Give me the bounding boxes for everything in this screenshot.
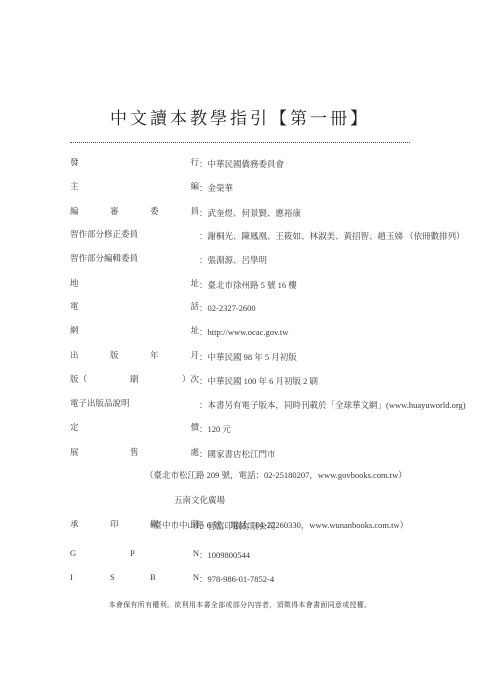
- colophon-row: 編審委員：武奎煜、何景賢、應裕康: [70, 206, 301, 218]
- label-char: 處: [190, 447, 199, 457]
- label-char: 址: [190, 278, 199, 288]
- colophon-row: GPN：1009800544: [70, 548, 250, 560]
- separator: ：: [199, 183, 208, 193]
- row-label: GPN: [70, 548, 199, 558]
- separator: ：: [199, 303, 208, 313]
- label-char: 印: [110, 519, 119, 529]
- row-value: 張淵源、呂學明: [208, 255, 268, 265]
- separator: ：: [199, 208, 208, 218]
- row-label: 主編: [70, 181, 199, 191]
- label-char: 出: [70, 350, 79, 360]
- row-value: 1009800544: [208, 550, 251, 560]
- label-char: 年: [150, 350, 159, 360]
- row-value: 02-2327-2600: [208, 303, 256, 313]
- row-value: 978-986-01-7852-4: [208, 574, 275, 584]
- label-char: S: [110, 572, 115, 582]
- separator: ：: [199, 449, 208, 459]
- colophon-row: 習作部分編輯委員：張淵源、呂學明: [70, 253, 267, 265]
- label-char: I: [70, 572, 73, 582]
- separator: ：: [199, 255, 208, 265]
- sales-detail-1: （臺北市松江路 209 號，電話：02-25180207，www.govbook…: [145, 470, 407, 480]
- label-char: 月: [190, 350, 199, 360]
- label-char: 展: [70, 447, 79, 457]
- row-value: 臺北市徐州路 5 號 16 樓: [208, 280, 297, 290]
- row-value: 中華民國 100 年 6 月初版 2 刷: [208, 376, 319, 386]
- colophon-row: 定價：120 元: [70, 422, 231, 434]
- separator: ：: [199, 550, 208, 560]
- dotted-divider: [70, 142, 410, 143]
- label-char: 定: [70, 422, 79, 432]
- sales-detail-2: 五南文化廣場: [174, 495, 225, 505]
- separator: ：: [199, 159, 208, 169]
- colophon-row: 地址：臺北市徐州路 5 號 16 樓: [70, 278, 297, 290]
- separator: ：: [199, 400, 208, 410]
- label-char: 主: [70, 181, 79, 191]
- sales-detail-3: （臺中市中山路 6 號，電話：04-22260330，www.wunanbook…: [145, 520, 408, 530]
- separator: ：: [199, 280, 208, 290]
- label-char: 編: [190, 181, 199, 191]
- label-char: 址: [190, 325, 199, 335]
- label-char: 電: [70, 301, 79, 311]
- label-char: 發: [70, 157, 79, 167]
- row-value: 謝桐光、陳鳳凰、王筱如、林淑美、黃招智、趙玉娣 （依冊數排列）: [208, 231, 465, 241]
- label-char: ）次: [182, 374, 199, 384]
- label-char: 承: [70, 519, 79, 529]
- row-value: 國家書店松江門市: [208, 449, 276, 459]
- row-label: 習作部分編輯委員: [70, 253, 199, 263]
- row-label: 網址: [70, 325, 199, 335]
- label-char: N: [193, 572, 199, 582]
- label-char: 售: [130, 447, 139, 457]
- colophon-row: 展售處：國家書店松江門市: [70, 447, 276, 459]
- colophon-row: 出版年月：中華民國 98 年 5 月初版: [70, 350, 297, 362]
- label-char: 版: [110, 350, 119, 360]
- separator: ：: [199, 352, 208, 362]
- colophon-row: 習作部分修正委員：謝桐光、陳鳳凰、王筱如、林淑美、黃招智、趙玉娣 （依冊數排列）: [70, 229, 465, 241]
- label-char: 價: [190, 422, 199, 432]
- colophon-row: 版（刷）次：中華民國 100 年 6 月初版 2 刷: [70, 374, 318, 386]
- label-char: 行: [190, 157, 199, 167]
- label-char: 委: [150, 206, 159, 216]
- page-title: 中文讀本教學指引【第一冊】: [0, 104, 480, 129]
- label-char: G: [70, 548, 76, 558]
- colophon-row: 發行：中華民國僑務委員會: [70, 157, 284, 169]
- label-char: B: [150, 572, 156, 582]
- row-label: ISBN: [70, 572, 199, 582]
- label-char: 電子出版品說明: [70, 398, 130, 408]
- label-char: 版（: [70, 374, 87, 384]
- label-char: 網: [70, 325, 79, 335]
- row-label: 展售處: [70, 447, 199, 457]
- label-char: 習作部分修正委員: [70, 229, 138, 239]
- colophon-row: 網址：http://www.ocac.gov.tw: [70, 325, 288, 337]
- label-char: 編: [70, 206, 79, 216]
- row-value: 武奎煜、何景賢、應裕康: [208, 208, 302, 218]
- row-value: 120 元: [208, 424, 231, 434]
- row-label: 發行: [70, 157, 199, 167]
- row-label: 版（刷）次: [70, 374, 199, 384]
- row-label: 地址: [70, 278, 199, 288]
- copyright-notice: 本會保有所有權利。欲利用本書全部或部分內容者，須徵得本會書面同意或授權。: [0, 600, 480, 610]
- colophon-row: 電子出版品說明：本書另有電子版本，同時刊載於「全球華文網」(www.huayuw…: [70, 398, 466, 410]
- row-label: 習作部分修正委員: [70, 229, 199, 239]
- label-char: 地: [70, 278, 79, 288]
- colophon-row: 主編：金榮華: [70, 181, 233, 193]
- label-char: P: [130, 548, 135, 558]
- row-label: 電子出版品說明: [70, 398, 199, 408]
- row-label: 電話: [70, 301, 199, 311]
- label-char: 審: [110, 206, 119, 216]
- row-value: 中華民國 98 年 5 月初版: [208, 352, 297, 362]
- row-value: 金榮華: [208, 183, 234, 193]
- label-char: 話: [190, 301, 199, 311]
- row-label: 出版年月: [70, 350, 199, 360]
- row-value: 中華民國僑務委員會: [208, 159, 285, 169]
- label-char: 習作部分編輯委員: [70, 253, 138, 263]
- separator: ：: [199, 574, 208, 584]
- separator: ：: [199, 424, 208, 434]
- row-value: http://www.ocac.gov.tw: [208, 327, 289, 337]
- label-char: 刷: [130, 374, 139, 384]
- label-char: N: [193, 548, 199, 558]
- colophon-row: 電話：02-2327-2600: [70, 301, 256, 313]
- row-label: 編審委員: [70, 206, 199, 216]
- separator: ：: [199, 231, 208, 241]
- row-label: 定價: [70, 422, 199, 432]
- colophon-row: ISBN：978-986-01-7852-4: [70, 572, 274, 584]
- label-char: 員: [190, 206, 199, 216]
- separator: ：: [199, 376, 208, 386]
- separator: ：: [199, 327, 208, 337]
- row-value: 本書另有電子版本，同時刊載於「全球華文網」(www.huayuworld.org…: [208, 400, 466, 410]
